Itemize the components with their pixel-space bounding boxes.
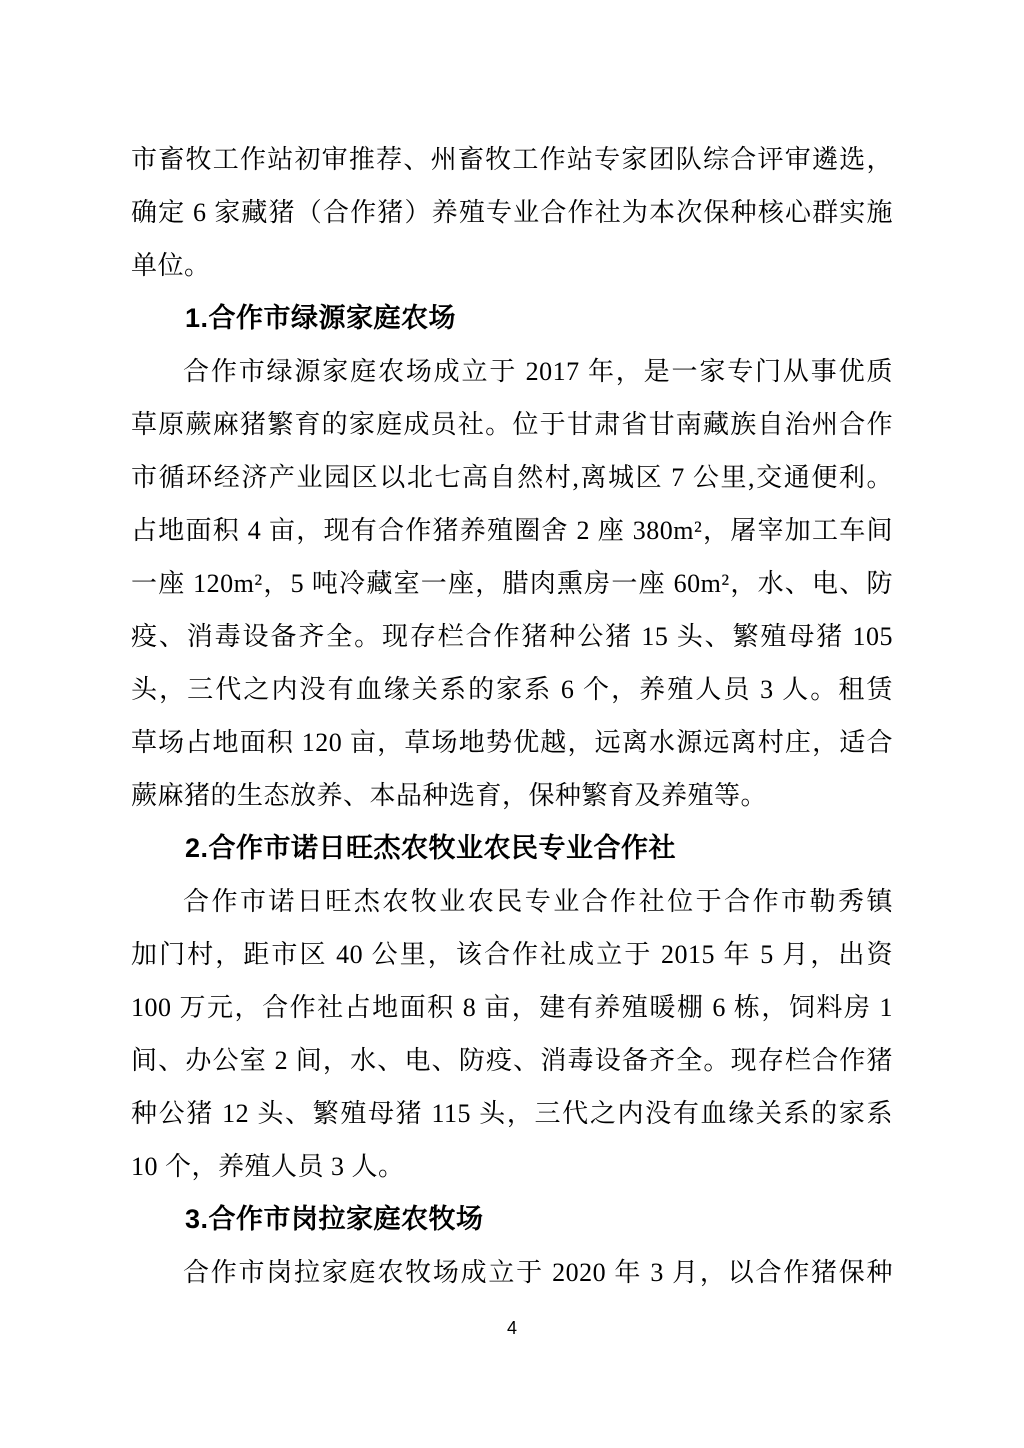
paragraph-line: 间、办公室 2 间，水、电、防疫、消毒设备齐全。现存栏合作猪 bbox=[131, 1034, 893, 1087]
section-3-heading: 3.合作市岗拉家庭农牧场 bbox=[131, 1193, 893, 1246]
paragraph-line: 草场占地面积 120 亩，草场地势优越，远离水源远离村庄，适合 bbox=[131, 716, 893, 769]
document-page: 市畜牧工作站初审推荐、州畜牧工作站专家团队综合评审遴选， 确定 6 家藏猪（合作… bbox=[0, 0, 1024, 1448]
paragraph-line: 合作市诺日旺杰农牧业农民专业合作社位于合作市勒秀镇 bbox=[131, 875, 893, 928]
paragraph-line: 确定 6 家藏猪（合作猪）养殖专业合作社为本次保种核心群实施 bbox=[131, 186, 893, 239]
section-2-heading: 2.合作市诺日旺杰农牧业农民专业合作社 bbox=[131, 822, 893, 875]
paragraph-line: 10 个，养殖人员 3 人。 bbox=[131, 1140, 893, 1193]
paragraph-line: 市循环经济产业园区以北七高自然村,离城区 7 公里,交通便利。 bbox=[131, 451, 893, 504]
paragraph-line: 疫、消毒设备齐全。现存栏合作猪种公猪 15 头、繁殖母猪 105 bbox=[131, 610, 893, 663]
paragraph-line: 加门村，距市区 40 公里，该合作社成立于 2015 年 5 月，出资 bbox=[131, 928, 893, 981]
paragraph-line: 占地面积 4 亩，现有合作猪养殖圈舍 2 座 380m²，屠宰加工车间 bbox=[131, 504, 893, 557]
paragraph-line: 市畜牧工作站初审推荐、州畜牧工作站专家团队综合评审遴选， bbox=[131, 133, 893, 186]
document-body: 市畜牧工作站初审推荐、州畜牧工作站专家团队综合评审遴选， 确定 6 家藏猪（合作… bbox=[131, 133, 893, 1299]
paragraph-line: 合作市绿源家庭农场成立于 2017 年，是一家专门从事优质 bbox=[131, 345, 893, 398]
paragraph-line: 合作市岗拉家庭农牧场成立于 2020 年 3 月，以合作猪保种 bbox=[131, 1246, 893, 1299]
paragraph-line: 草原蕨麻猪繁育的家庭成员社。位于甘肃省甘南藏族自治州合作 bbox=[131, 398, 893, 451]
paragraph-line: 头，三代之内没有血缘关系的家系 6 个，养殖人员 3 人。租赁 bbox=[131, 663, 893, 716]
paragraph-line: 种公猪 12 头、繁殖母猪 115 头，三代之内没有血缘关系的家系 bbox=[131, 1087, 893, 1140]
paragraph-line: 蕨麻猪的生态放养、本品种选育，保种繁育及养殖等。 bbox=[131, 769, 893, 822]
section-1-heading: 1.合作市绿源家庭农场 bbox=[131, 292, 893, 345]
paragraph-line: 100 万元，合作社占地面积 8 亩，建有养殖暖棚 6 栋，饲料房 1 bbox=[131, 981, 893, 1034]
paragraph-line: 一座 120m²，5 吨冷藏室一座，腊肉熏房一座 60m²，水、电、防 bbox=[131, 557, 893, 610]
paragraph-line: 单位。 bbox=[131, 239, 893, 292]
page-number: 4 bbox=[0, 1316, 1024, 1340]
